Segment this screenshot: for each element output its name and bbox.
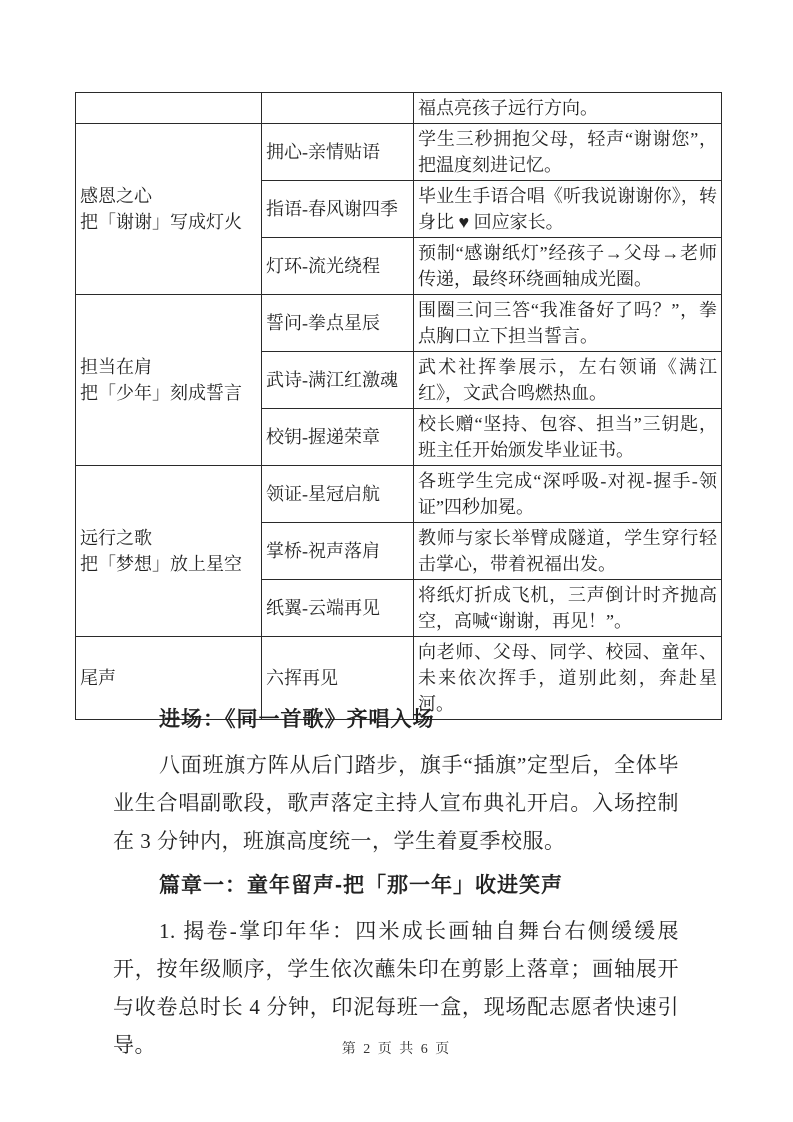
section-heading-entrance: 进场：《同一首歌》齐唱入场 <box>159 701 679 739</box>
document-body: 进场：《同一首歌》齐唱入场 八面班旗方阵从后门踏步，旗手“插旗”定型后，全体毕业… <box>113 694 679 1064</box>
description-cell: 教师与家长举臂成隧道，学生穿行轻击掌心，带着祝福出发。 <box>414 523 722 580</box>
program-table: 福点亮孩子远行方向。 感恩之心 把「谢谢」写成灯火 拥心-亲情贴语 学生三秒拥抱… <box>75 92 722 720</box>
table-row: 福点亮孩子远行方向。 <box>76 93 722 124</box>
paragraph-entrance: 八面班旗方阵从后门踏步，旗手“插旗”定型后，全体毕业生合唱副歌段，歌声落定主持人… <box>113 746 679 860</box>
description-cell: 福点亮孩子远行方向。 <box>414 93 722 124</box>
segment-cell: 校钥-握递荣章 <box>262 409 414 466</box>
segment-cell: 拥心-亲情贴语 <box>262 124 414 181</box>
description-cell: 各班学生完成“深呼吸-对视-握手-领证”四秒加冕。 <box>414 466 722 523</box>
phase-title: 感恩之心 <box>80 183 257 209</box>
description-cell: 毕业生手语合唱《听我说谢谢你》，转身比 ♥ 回应家长。 <box>414 181 722 238</box>
segment-cell: 指语-春风谢四季 <box>262 181 414 238</box>
segment-cell: 领证-星冠启航 <box>262 466 414 523</box>
segment-cell <box>262 93 414 124</box>
segment-cell: 武诗-满江红激魂 <box>262 352 414 409</box>
table-row: 感恩之心 把「谢谢」写成灯火 拥心-亲情贴语 学生三秒拥抱父母，轻声“谢谢您”，… <box>76 124 722 181</box>
table-row: 远行之歌 把「梦想」放上星空 领证-星冠启航 各班学生完成“深呼吸-对视-握手-… <box>76 466 722 523</box>
description-cell: 预制“感谢纸灯”经孩子→父母→老师传递，最终环绕画轴成光圈。 <box>414 238 722 295</box>
segment-cell: 掌桥-祝声落肩 <box>262 523 414 580</box>
phase-title: 担当在肩 <box>80 354 257 380</box>
phase-cell: 担当在肩 把「少年」刻成誓言 <box>76 295 262 466</box>
description-cell: 武术社挥拳展示，左右领诵《满江红》，文武合鸣燃热血。 <box>414 352 722 409</box>
phase-subtitle: 把「梦想」放上星空 <box>80 551 257 577</box>
description-cell: 将纸灯折成飞机，三声倒计时齐抛高空，高喊“谢谢，再见！”。 <box>414 580 722 637</box>
document-page: 福点亮孩子远行方向。 感恩之心 把「谢谢」写成灯火 拥心-亲情贴语 学生三秒拥抱… <box>0 0 793 1122</box>
segment-cell: 灯环-流光绕程 <box>262 238 414 295</box>
phase-title: 远行之歌 <box>80 525 257 551</box>
phase-cell: 远行之歌 把「梦想」放上星空 <box>76 466 262 637</box>
phase-subtitle: 把「谢谢」写成灯火 <box>80 209 257 235</box>
phase-subtitle: 把「少年」刻成誓言 <box>80 380 257 406</box>
section-heading-chapter1: 篇章一：童年留声-把「那一年」收进笑声 <box>159 867 679 905</box>
description-cell: 围圈三问三答“我准备好了吗？”，拳点胸口立下担当誓言。 <box>414 295 722 352</box>
description-cell: 学生三秒拥抱父母，轻声“谢谢您”，把温度刻进记忆。 <box>414 124 722 181</box>
segment-cell: 纸翼-云端再见 <box>262 580 414 637</box>
phase-cell: 感恩之心 把「谢谢」写成灯火 <box>76 124 262 295</box>
table-row: 担当在肩 把「少年」刻成誓言 誓问-拳点星辰 围圈三问三答“我准备好了吗？”，拳… <box>76 295 722 352</box>
phase-cell <box>76 93 262 124</box>
description-cell: 校长赠“坚持、包容、担当”三钥匙，班主任开始颁发毕业证书。 <box>414 409 722 466</box>
segment-cell: 誓问-拳点星辰 <box>262 295 414 352</box>
page-number-footer: 第 2 页 共 6 页 <box>0 1038 793 1058</box>
